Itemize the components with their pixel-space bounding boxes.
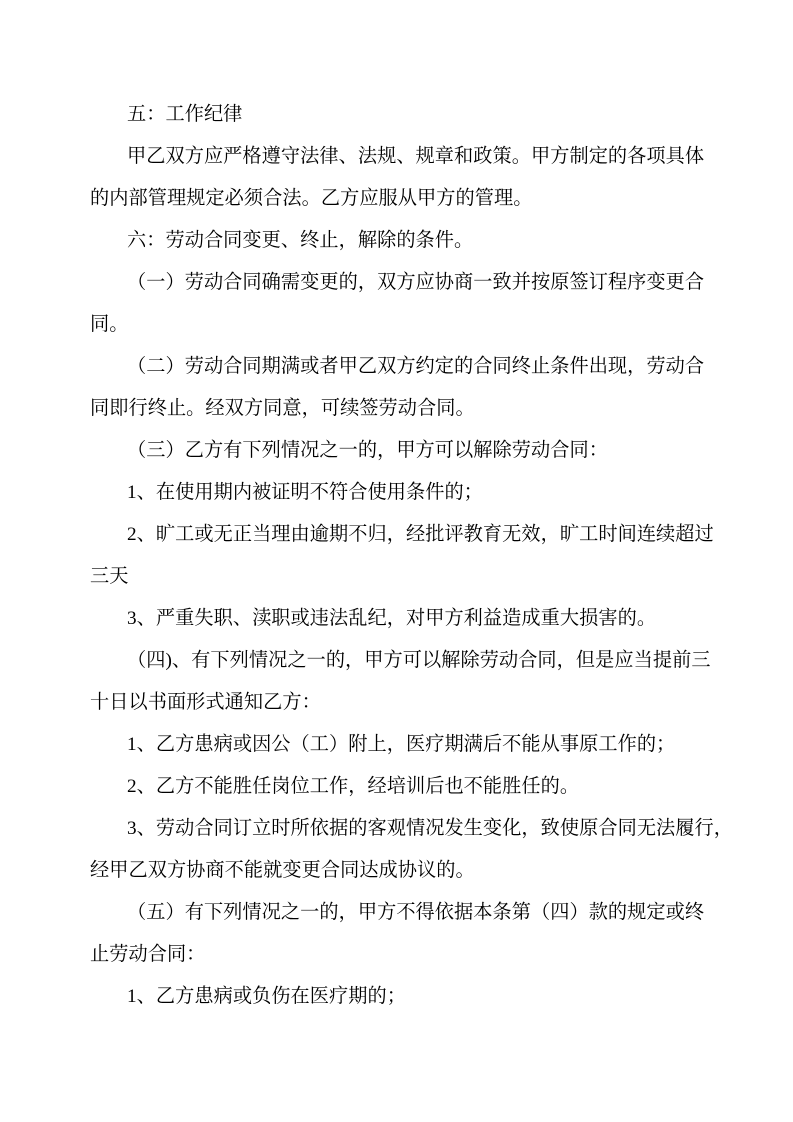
text-line: 的内部管理规定必须合法。乙方应服从甲方的管理。 xyxy=(90,178,703,220)
text-line: 同即行终止。经双方同意，可续签劳动合同。 xyxy=(90,388,703,430)
text-line: 甲乙双方应严格遵守法律、法规、规章和政策。甲方制定的各项具体 xyxy=(90,136,703,178)
text-line: 3、劳动合同订立时所依据的客观情况发生变化，致使原合同无法履行， xyxy=(90,808,703,850)
text-line: （二）劳动合同期满或者甲乙双方约定的合同终止条件出现，劳动合 xyxy=(90,346,703,388)
text-line: 止劳动合同： xyxy=(90,934,703,976)
text-line: 十日以书面形式通知乙方： xyxy=(90,682,703,724)
text-line: （五）有下列情况之一的，甲方不得依据本条第（四）款的规定或终 xyxy=(90,892,703,934)
text-line: 1、在使用期内被证明不符合使用条件的； xyxy=(90,472,703,514)
text-line: 同。 xyxy=(90,304,703,346)
text-line: （一）劳动合同确需变更的，双方应协商一致并按原签订程序变更合 xyxy=(90,262,703,304)
document-body: 五：工作纪律甲乙双方应严格遵守法律、法规、规章和政策。甲方制定的各项具体的内部管… xyxy=(90,94,703,1018)
text-line: 3、严重失职、渎职或违法乱纪，对甲方利益造成重大损害的。 xyxy=(90,598,703,640)
text-line: 三天 xyxy=(90,556,703,598)
text-line: 2、乙方不能胜任岗位工作，经培训后也不能胜任的。 xyxy=(90,766,703,808)
text-line: 经甲乙双方协商不能就变更合同达成协议的。 xyxy=(90,850,703,892)
text-line: 六：劳动合同变更、终止，解除的条件。 xyxy=(90,220,703,262)
text-line: 1、乙方患病或因公（工）附上，医疗期满后不能从事原工作的； xyxy=(90,724,703,766)
text-line: （三）乙方有下列情况之一的，甲方可以解除劳动合同： xyxy=(90,430,703,472)
document-page: 五：工作纪律甲乙双方应严格遵守法律、法规、规章和政策。甲方制定的各项具体的内部管… xyxy=(0,0,793,1122)
text-line: 五：工作纪律 xyxy=(90,94,703,136)
text-line: （四)、有下列情况之一的，甲方可以解除劳动合同，但是应当提前三 xyxy=(90,640,703,682)
text-line: 2、旷工或无正当理由逾期不归，经批评教育无效，旷工时间连续超过 xyxy=(90,514,703,556)
text-line: 1、乙方患病或负伤在医疗期的； xyxy=(90,976,703,1018)
